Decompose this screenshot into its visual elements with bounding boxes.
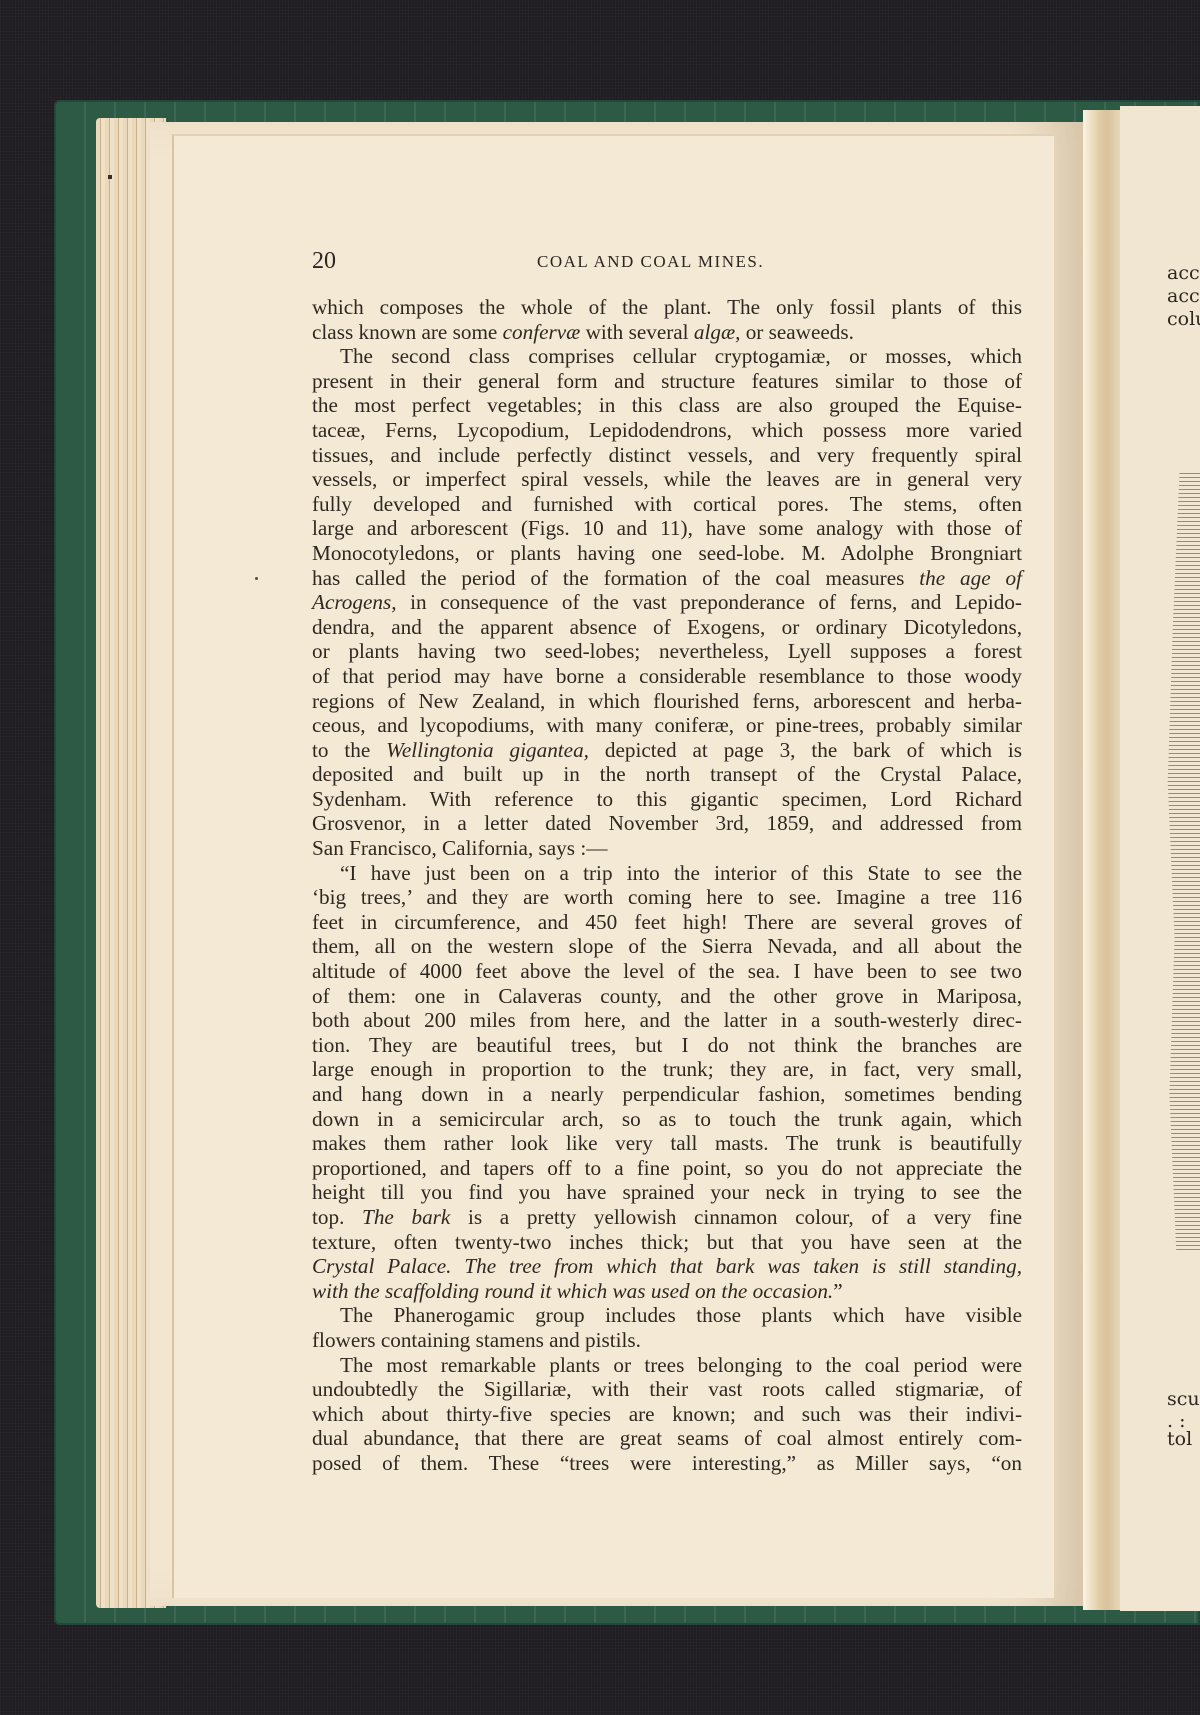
text-line: them, all on the western slope of the Si… bbox=[312, 934, 1022, 959]
text-line: dual abundance, that there are great sea… bbox=[312, 1426, 1022, 1451]
text-line: down in a semicircular arch, so as to to… bbox=[312, 1107, 1022, 1132]
text-line: Acrogens, in consequence of the vast pre… bbox=[312, 590, 1022, 615]
text-line: dendra, and the apparent absence of Exog… bbox=[312, 615, 1022, 640]
text-line: tissues, and include perfectly distinct … bbox=[312, 443, 1022, 468]
text-line: flowers containing stamens and pistils. bbox=[312, 1328, 1022, 1353]
text-line: which composes the whole of the plant. T… bbox=[312, 295, 1022, 320]
text-line: regions of New Zealand, in which flouris… bbox=[312, 689, 1022, 714]
facing-page-fragment: accc bbox=[1167, 262, 1200, 284]
text-line: “I have just been on a trip into the int… bbox=[312, 861, 1022, 886]
text-line: The most remarkable plants or trees belo… bbox=[312, 1353, 1022, 1378]
running-title: COAL AND COAL MINES. bbox=[537, 252, 764, 272]
text-line: or plants having two seed-lobes; neverth… bbox=[312, 639, 1022, 664]
text-line: posed of them. These “trees were interes… bbox=[312, 1451, 1022, 1476]
facing-page-fragment: colu bbox=[1167, 308, 1200, 330]
text-line: deposited and built up in the north tran… bbox=[312, 762, 1022, 787]
text-line: vessels, or imperfect spiral vessels, wh… bbox=[312, 467, 1022, 492]
text-line: both about 200 miles from here, and the … bbox=[312, 1008, 1022, 1033]
text-line: undoubtedly the Sigillariæ, with their v… bbox=[312, 1377, 1022, 1402]
text-line: height till you find you have sprained y… bbox=[312, 1180, 1022, 1205]
text-line: Crystal Palace. The tree from which that… bbox=[312, 1254, 1022, 1279]
body-text: which composes the whole of the plant. T… bbox=[312, 295, 1022, 1476]
text-line: makes them rather look like very tall ma… bbox=[312, 1131, 1022, 1156]
text-line: San Francisco, California, says :— bbox=[312, 836, 1022, 861]
text-line: which about thirty-five species are know… bbox=[312, 1402, 1022, 1427]
text-line: Grosvenor, in a letter dated November 3r… bbox=[312, 811, 1022, 836]
text-line: with the scaffolding round it which was … bbox=[312, 1279, 1022, 1304]
text-line: Sydenham. With reference to this giganti… bbox=[312, 787, 1022, 812]
text-line: texture, often twenty-two inches thick; … bbox=[312, 1230, 1022, 1255]
facing-page-fragment: tol bbox=[1167, 1428, 1192, 1450]
text-line: proportioned, and tapers off to a fine p… bbox=[312, 1156, 1022, 1181]
book-gutter bbox=[1083, 110, 1123, 1610]
facing-page-fragment: accc bbox=[1167, 285, 1200, 307]
text-line: to the Wellingtonia gigantea, depicted a… bbox=[312, 738, 1022, 763]
page-number: 20 bbox=[312, 248, 336, 275]
running-head: 20 COAL AND COAL MINES. bbox=[312, 248, 1012, 278]
facing-page-fragment: scu bbox=[1167, 1388, 1200, 1410]
text-line: fully developed and furnished with corti… bbox=[312, 492, 1022, 517]
text-line: The Phanerogamic group includes those pl… bbox=[312, 1303, 1022, 1328]
text-line: of them: one in Calaveras county, and th… bbox=[312, 984, 1022, 1009]
page-edge-mark bbox=[108, 175, 112, 179]
text-line: class known are some confervæ with sever… bbox=[312, 320, 1022, 345]
text-line: The second class comprises cellular cryp… bbox=[312, 344, 1022, 369]
text-line: of that period may have borne a consider… bbox=[312, 664, 1022, 689]
text-line: altitude of 4000 feet above the level of… bbox=[312, 959, 1022, 984]
text-line: top. The bark is a pretty yellowish cinn… bbox=[312, 1205, 1022, 1230]
text-line: present in their general form and struct… bbox=[312, 369, 1022, 394]
text-line: ceous, and lycopodiums, with many conife… bbox=[312, 713, 1022, 738]
text-line: the most perfect vegetables; in this cla… bbox=[312, 393, 1022, 418]
text-line: and hang down in a nearly perpendicular … bbox=[312, 1082, 1022, 1107]
text-line: tion. They are beautiful trees, but I do… bbox=[312, 1033, 1022, 1058]
text-line: Monocotyledons, or plants having one see… bbox=[312, 541, 1022, 566]
text-line: large enough in proportion to the trunk;… bbox=[312, 1057, 1022, 1082]
text-line: feet in circumference, and 450 feet high… bbox=[312, 910, 1022, 935]
text-line: has called the period of the formation o… bbox=[312, 566, 1022, 591]
text-line: ‘big trees,’ and they are worth coming h… bbox=[312, 885, 1022, 910]
text-line: large and arborescent (Figs. 10 and 11),… bbox=[312, 516, 1022, 541]
text-line: taceæ, Ferns, Lycopodium, Lepidodendrons… bbox=[312, 418, 1022, 443]
speck bbox=[455, 1447, 458, 1450]
speck bbox=[255, 577, 258, 580]
